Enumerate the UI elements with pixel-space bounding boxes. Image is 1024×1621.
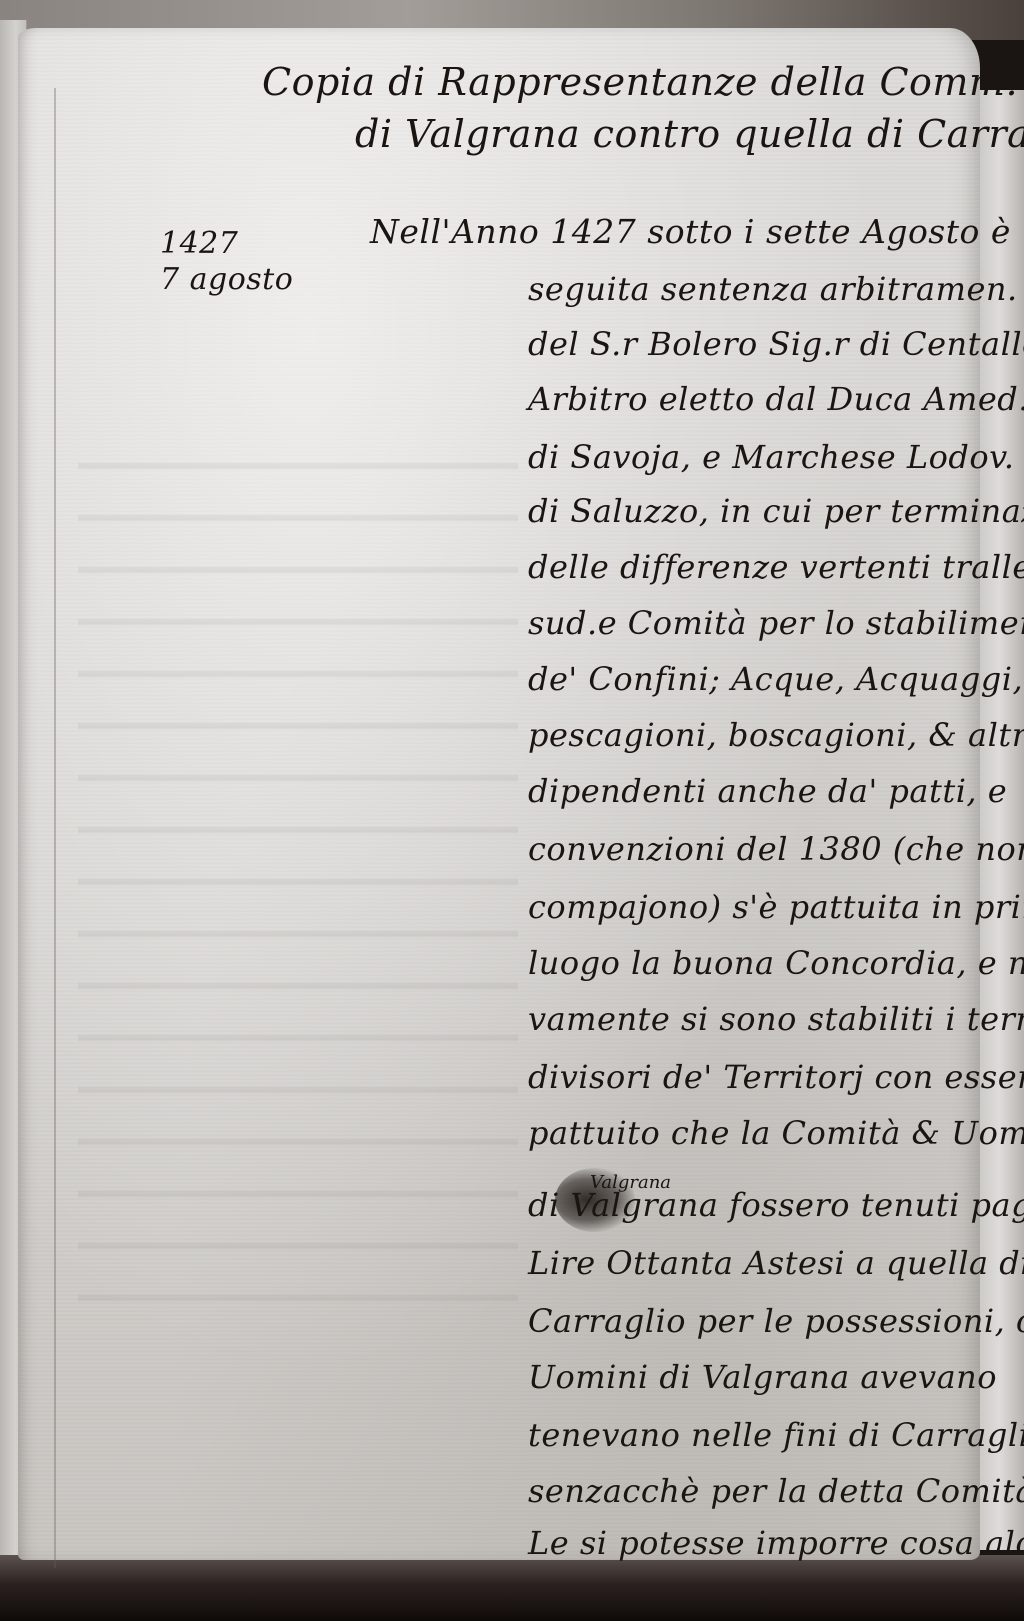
body-line-15: vamente si sono stabiliti i term. [528, 1000, 1024, 1038]
body-line-1: Nell'Anno 1427 sotto i sette Agosto è [370, 212, 1011, 251]
body-line-10: pescagioni, boscagioni, & altre [528, 716, 1024, 754]
body-line-20: Carraglio per le possessioni, che gli [528, 1302, 1024, 1340]
body-line-19: Lire Ottanta Astesi a quella di [528, 1244, 1024, 1282]
body-line-4: Arbitro eletto dal Duca Amed. [528, 380, 1024, 418]
body-line-22: tenevano nelle fini di Carraglio [528, 1416, 1024, 1454]
body-line-14: luogo la buona Concordia, e nuo. [528, 944, 1024, 982]
body-line-7: delle differenze vertenti tralle [528, 548, 1024, 586]
background-bottom [0, 1555, 1024, 1621]
body-line-21: Uomini di Valgrana avevano [528, 1358, 997, 1396]
body-line-2: seguita sentenza arbitramen. [528, 270, 1018, 308]
body-line-18: di Valgrana fossero tenuti pagare [528, 1186, 1024, 1224]
body-line-12: convenzioni del 1380 (che non [528, 830, 1024, 868]
body-line-3: del S.r Bolero Sig.r di Centallo [528, 325, 1024, 363]
body-line-23: senzacchè per la detta Comità de [528, 1472, 1024, 1510]
title-line-1: Copia di Rappresentanze della Comm. [262, 60, 1018, 104]
margin-note-year: 1427 [160, 226, 238, 261]
title-line-2: di Valgrana contro quella di Carraglio [355, 112, 1024, 156]
body-line-6: di Saluzzo, in cui per terminazio. [528, 492, 1024, 530]
body-line-16: divisori de' Territorj con essersi [528, 1058, 1024, 1096]
body-line-11: dipendenti anche da' patti, e [528, 772, 1007, 810]
margin-note-date: 7 agosto [160, 262, 293, 297]
body-line-24: Le si potesse imporre cosa alcuna [528, 1524, 1024, 1562]
body-line-13: compajono) s'è pattuita in prim. [528, 888, 1024, 926]
body-line-8: sud.e Comità per lo stabilimento [528, 604, 1024, 642]
body-line-17: pattuito che la Comità & Uomi. [528, 1114, 1024, 1152]
body-line-5: di Savoja, e Marchese Lodov. [528, 438, 1015, 476]
body-line-9: de' Confini; Acque, Acquaggi, [528, 660, 1023, 698]
bleed-through-text [78, 418, 518, 1318]
page-fold-line [54, 88, 56, 1568]
